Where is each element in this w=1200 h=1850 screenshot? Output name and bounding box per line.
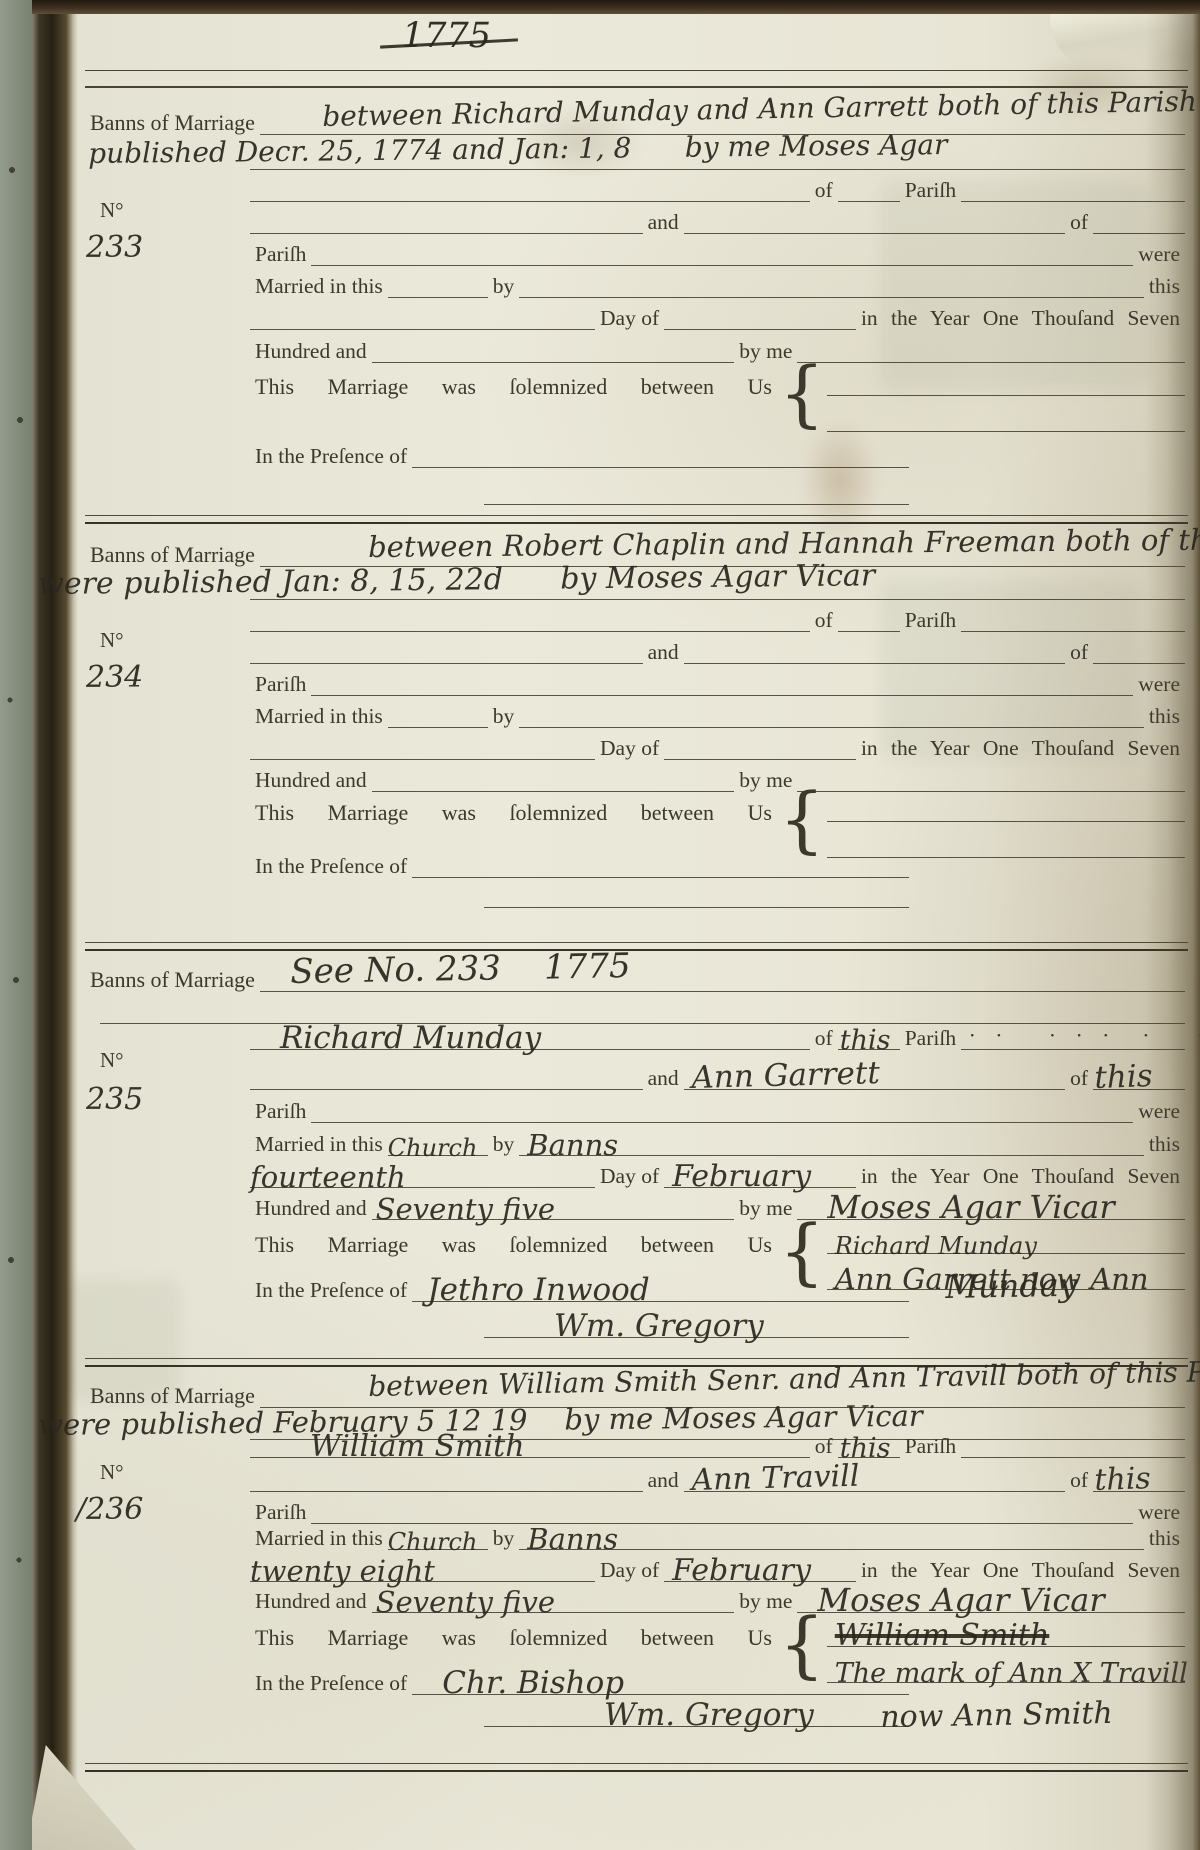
day-row: Day of in the Year One Thouſand Seven (250, 730, 1185, 760)
presence-row: In the Preſence of Chr. Bishop (250, 1665, 909, 1695)
by-label: by (488, 706, 520, 729)
solemnized-label: This Marriage was ſolemnized between Us (250, 1220, 777, 1257)
parish-label: Pariſh (250, 674, 311, 697)
and-label: and (643, 1068, 684, 1091)
day-of-label: Day of (595, 1560, 664, 1583)
banns-label: Banns of Marriage (85, 969, 260, 992)
day-of-label: Day of (595, 738, 664, 761)
banns-entry-handwriting: See No. 233 1775 (290, 946, 631, 992)
bride-name-handwriting: Ann Garrett (691, 1055, 880, 1096)
page-right-edge (1146, 0, 1200, 1850)
married-row: Married in this Church by Banns this (250, 1520, 1185, 1550)
groom-name-handwriting: Richard Munday (280, 1020, 541, 1056)
witness1-signature: Jethro Inwood (427, 1272, 649, 1308)
witness2-signature: Wm. Gregory (554, 1308, 764, 1344)
entry-divider-rule (85, 515, 1188, 524)
of-fill-handwriting: this (840, 1025, 891, 1056)
entry-number: 233 (86, 230, 143, 265)
solemnized-label: This Marriage was ſolemnized between Us (250, 362, 777, 399)
presence-label: In the Preſence of (250, 446, 412, 469)
by-label: by (488, 276, 520, 299)
hundred-row: Hundred and Seventy five by me Moses Aga… (250, 1190, 1185, 1220)
parish-label: Pariſh (900, 180, 961, 203)
by-label: by (488, 1134, 520, 1157)
of-label: of (1065, 1470, 1093, 1493)
of-label: of (1065, 212, 1093, 235)
married-row: Married in this Church by Banns this (250, 1126, 1185, 1156)
hundred-label: Hundred and (250, 341, 372, 364)
and-label: and (643, 212, 684, 235)
presence-row: In the Preſence of (250, 438, 909, 468)
year-line-label: in the Year One Thouſand Seven (856, 1560, 1185, 1583)
of-label: of (1065, 642, 1093, 665)
hundred-label: Hundred and (250, 1198, 372, 1221)
groom-row: of Pariſh (250, 602, 1185, 632)
bride-row: and Ann Travill of this (250, 1462, 1185, 1492)
parish-label: Pariſh (900, 1028, 961, 1051)
brace-glyph: { (779, 362, 825, 424)
year-heading: 1775 (402, 16, 491, 56)
of-label: of (810, 610, 838, 633)
header-rule (85, 70, 1188, 71)
day-row: twenty eight Day of February in the Year… (250, 1552, 1185, 1582)
solemnized-row: This Marriage was ſolemnized between Us … (250, 362, 1185, 432)
number-label: N° (95, 1462, 129, 1484)
presence-label: In the Preſence of (250, 1280, 412, 1303)
presence-row: In the Preſence of Jethro Inwood (250, 1272, 909, 1302)
witness2-row (484, 878, 909, 908)
parish-label: Pariſh (250, 1101, 311, 1124)
witness2-row (484, 475, 909, 505)
and-label: and (643, 642, 684, 665)
groom-row: Richard Munday of this Pariſh · · · · · … (250, 1020, 1185, 1050)
and-label: and (643, 1470, 684, 1493)
banns-label: Banns of Marriage (85, 544, 260, 567)
parish-label: Pariſh (250, 244, 311, 267)
hundred-label: Hundred and (250, 1591, 372, 1614)
parish-were-row: Pariſh were (250, 666, 1185, 696)
of-fill-handwriting: this (1094, 1058, 1153, 1096)
parish-label: Pariſh (900, 610, 961, 633)
number-label: N° (95, 630, 129, 652)
number-label: N° (95, 200, 129, 222)
solemnized-label: This Marriage was ſolemnized between Us (250, 788, 777, 825)
year-line-label: in the Year One Thouſand Seven (856, 1166, 1185, 1189)
hundred-row: Hundred and by me (250, 333, 1185, 363)
entry-number-group: ∕236 (76, 1492, 143, 1527)
parish-label: Pariſh (900, 1436, 961, 1459)
bride-row: and of (250, 634, 1185, 664)
register-page: 1775 N° 233 Banns of Marriage between Ri… (0, 0, 1200, 1850)
presence-label: In the Preſence of (250, 856, 412, 879)
banns-label: Banns of Marriage (85, 112, 260, 135)
day-of-label: Day of (595, 1166, 664, 1189)
bride-row: and Ann Garrett of this (250, 1060, 1185, 1090)
register-photo: 1775 N° 233 Banns of Marriage between Ri… (0, 0, 1200, 1850)
of-label: of (810, 180, 838, 203)
table-surface (0, 0, 32, 1850)
witness2-row: Wm. Gregory (484, 1308, 909, 1338)
banns-entry-handwriting: between Robert Chaplin and Hannah Freema… (368, 522, 1200, 564)
banns-row: Banns of Marriage (85, 962, 1185, 992)
presence-row: In the Preſence of (250, 848, 909, 878)
day-of-label: Day of (595, 308, 664, 331)
married-label: Married in this (250, 706, 388, 729)
day-row: fourteenth Day of February in the Year O… (250, 1158, 1185, 1188)
of-label: of (810, 1028, 838, 1051)
parish-were-row: Pariſh were (250, 236, 1185, 266)
book-edge-top (0, 0, 1200, 14)
groom-signature-struck: William Smith (835, 1618, 1050, 1653)
entry-number: 235 (86, 1082, 143, 1117)
married-label: Married in this (250, 1134, 388, 1157)
groom-row: of Pariſh (250, 172, 1185, 202)
presence-label: In the Preſence of (250, 1673, 412, 1696)
parish-were-row: Pariſh were (250, 1093, 1185, 1123)
entry-divider-rule (85, 942, 1188, 951)
entry-number: 234 (86, 660, 143, 695)
married-label: Married in this (250, 1528, 388, 1551)
day-row: Day of in the Year One Thouſand Seven (250, 300, 1185, 330)
solemnized-label: This Marriage was ſolemnized between Us (250, 1613, 777, 1650)
book-binding (24, 0, 78, 1850)
bride-newname-handwriting: Munday (945, 1266, 1077, 1306)
number-label: N° (95, 1050, 129, 1072)
brace-glyph: { (779, 788, 825, 850)
banns-label: Banns of Marriage (85, 1385, 260, 1408)
entry-number: 236 (86, 1492, 143, 1527)
year-line-label: in the Year One Thouſand Seven (856, 308, 1185, 331)
of-label: of (810, 1436, 838, 1459)
by-label: by (488, 1528, 520, 1551)
bride-row: and of (250, 204, 1185, 234)
year-text: 1775 (402, 16, 491, 56)
hundred-row: Hundred and Seventy five by me Moses Aga… (250, 1583, 1185, 1613)
married-row: Married in this by this (250, 268, 1185, 298)
witness2-signature: Wm. Gregory (604, 1697, 814, 1733)
of-label: of (1065, 1068, 1093, 1091)
groom-signature: Richard Munday (835, 1232, 1037, 1260)
married-label: Married in this (250, 276, 388, 299)
year-line-label: in the Year One Thouſand Seven (856, 738, 1185, 761)
bottom-rule (85, 1763, 1188, 1772)
bride-newname-handwriting: now Ann Smith (880, 1696, 1113, 1735)
witness2-row: Wm. Gregory (484, 1697, 909, 1727)
married-row: Married in this by this (250, 698, 1185, 728)
